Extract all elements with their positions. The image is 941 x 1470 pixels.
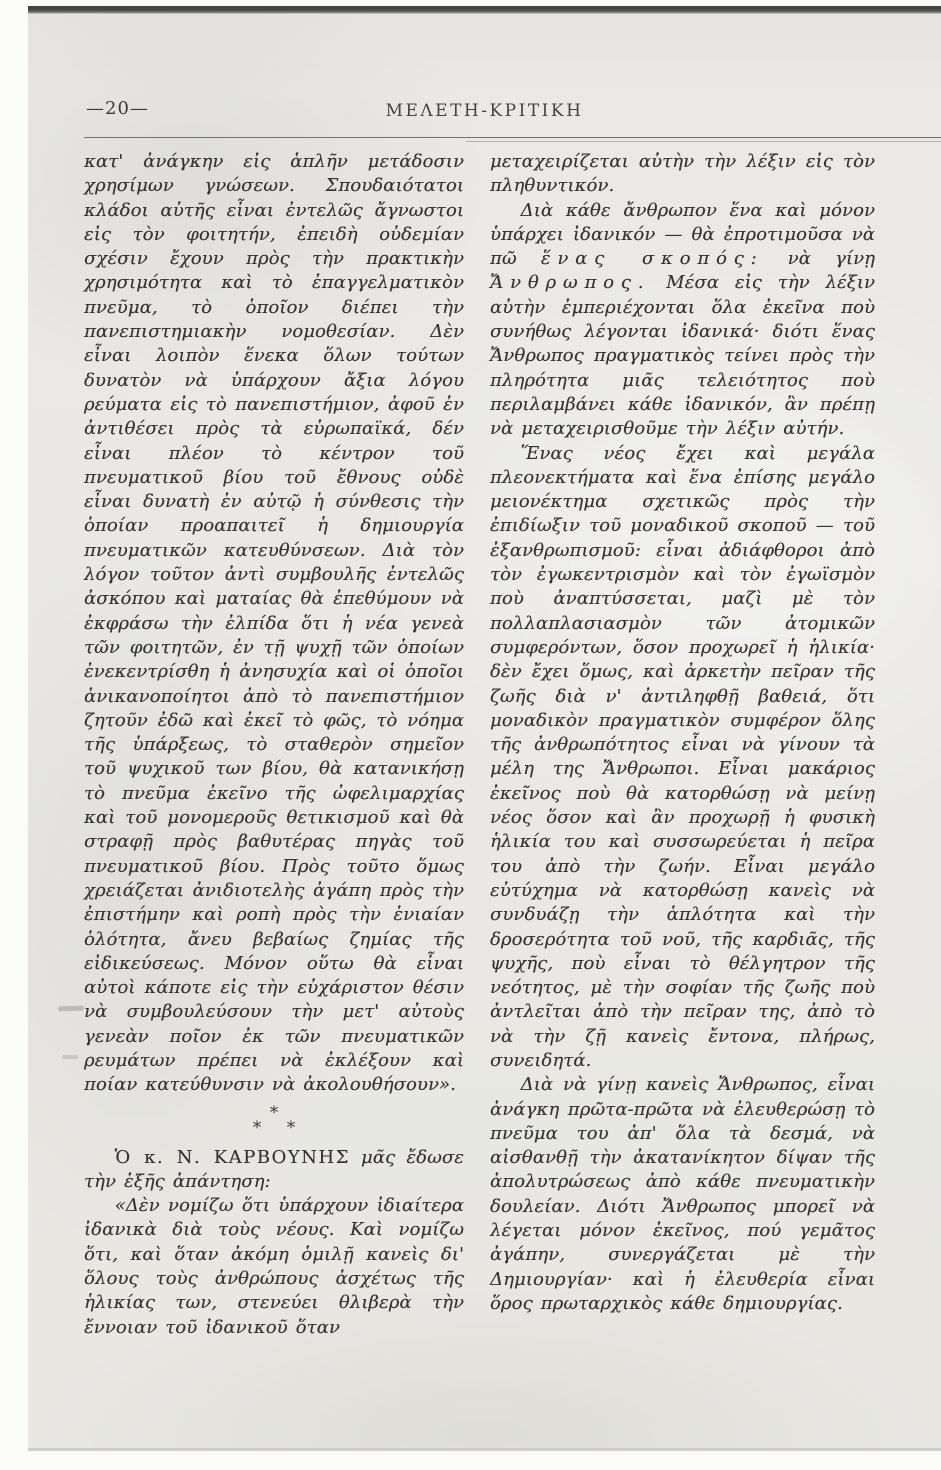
right-paragraph-4: Διὰ νὰ γίνῃ κανεὶς Ἄνθρωπος, εἶναι ἀνάγκ… <box>490 1073 875 1316</box>
right-column: μεταχειρίζεται αὐτὴν τὴν λέξιν εἰς τὸν π… <box>490 150 875 1340</box>
header-rule-secondary <box>466 141 941 142</box>
page-header-title: ΜΕΛΕΤΗ-ΚΡΙΤΙΚΗ <box>28 101 941 121</box>
right-p2-emphasis-1: ἕνας σκοπός: <box>541 248 764 269</box>
right-p2-emphasis-2: Ἄνθρωπος. <box>490 272 650 293</box>
right-p2-segment-3: Μέσα εἰς τὴν λέξιν αὐτὴν ἐμπεριέχονται ὅ… <box>490 272 875 439</box>
text-columns: κατ' ἀνάγκην εἰς ἁπλῆν μετάδοσιν χρησίμω… <box>84 150 875 1340</box>
right-paragraph-3: Ἕνας νέος ἔχει καὶ μεγάλα πλεονεκτήματα … <box>490 442 875 1074</box>
header-rule <box>84 137 941 138</box>
scanned-page: —20— ΜΕΛΕΤΗ-ΚΡΙΤΙΚΗ κατ' ἀνάγκην εἰς ἁπλ… <box>28 6 941 1451</box>
scan-top-edge-shadow <box>28 6 941 14</box>
scan-smudge <box>58 1006 84 1012</box>
scan-smudge-small <box>62 1055 78 1059</box>
left-paragraph-2: Ὁ κ. Ν. ΚΑΡΒΟΥΝΗΣ μᾶς ἔδωσε τὴν ἑξῆς ἀπά… <box>84 1146 464 1195</box>
right-p2-segment-2: νὰ γίνῃ <box>764 248 875 269</box>
left-paragraph-1: κατ' ἀνάγκην εἰς ἁπλῆν μετάδοσιν χρησίμω… <box>84 150 464 1098</box>
right-paragraph-1: μεταχειρίζεται αὐτὴν τὴν λέξιν εἰς τὸν π… <box>490 150 875 199</box>
right-paragraph-2: Διὰ κάθε ἄνθρωπον ἕνα καὶ μόνον ὑπάρχει … <box>490 199 875 442</box>
interviewee-name: Ὁ κ. Ν. ΚΑΡΒΟΥΝΗΣ <box>115 1147 350 1168</box>
left-paragraph-3: «Δὲν νομίζω ὅτι ὑπάρχουν ἰδιαίτερα ἰδανι… <box>84 1194 464 1340</box>
asterism-separator: * * * <box>84 1106 464 1136</box>
left-column: κατ' ἀνάγκην εἰς ἁπλῆν μετάδοσιν χρησίμω… <box>84 150 464 1340</box>
asterism-row-2: * * <box>84 1121 464 1136</box>
